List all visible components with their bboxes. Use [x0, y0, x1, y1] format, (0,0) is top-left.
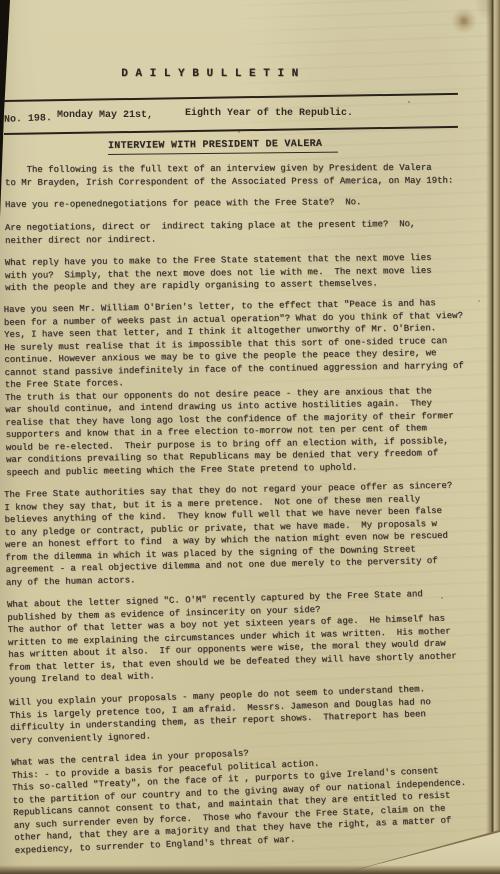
qa-paragraph: Are negotiations, direct or indirect tak… — [5, 217, 487, 247]
intro-paragraph: The following is the full text of an int… — [5, 161, 487, 189]
qa-paragraph: Will you explain your proposals - many p… — [9, 681, 487, 747]
qa-paragraph: What reply have you to make to the Free … — [5, 251, 487, 294]
masthead-title: D A I L Y B U L L E T I N — [0, 68, 420, 80]
page-edge-right — [486, 0, 500, 874]
qa-paragraph: The Free State authorities say that they… — [4, 479, 488, 589]
issue-date: Monday May 21st, — [57, 110, 153, 121]
header-rule-top — [4, 93, 458, 102]
qa-paragraph: What about the letter signed "C. O'M" re… — [7, 586, 488, 686]
issue-number: No. 198. — [4, 113, 52, 126]
qa-paragraph: What was the central idea in your propos… — [11, 738, 489, 857]
scanned-document-page: D A I L Y B U L L E T I N No. 198. Monda… — [0, 0, 500, 874]
article-body: The following is the full text of an int… — [5, 164, 487, 867]
qa-paragraph: Have you re-openednegotiations for peace… — [5, 195, 487, 211]
article-headline: INTERVIEW WITH PRESIDENT DE VALERA — [108, 139, 338, 155]
ink-specks — [0, 0, 2, 2]
qa-paragraph: Have you seen Mr. William O'Brien's lett… — [4, 296, 489, 479]
republic-year: Eighth Year of the Republic. — [185, 108, 353, 119]
